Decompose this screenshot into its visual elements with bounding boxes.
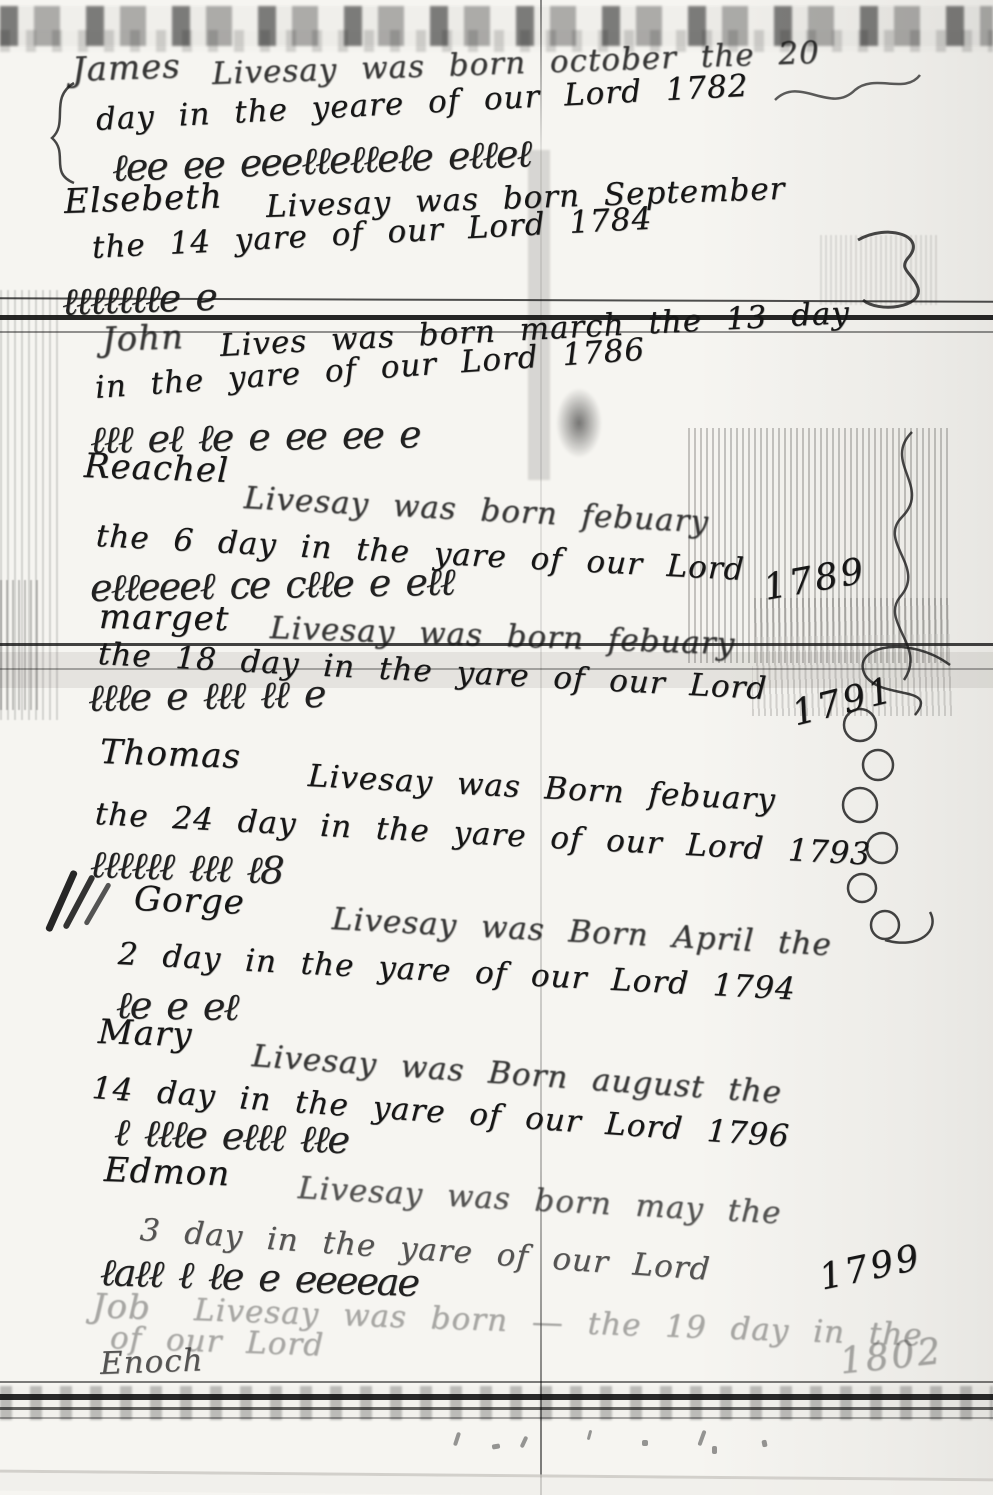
photocopy-noise-band-bottom (0, 1386, 993, 1420)
faint-pen-fragment (492, 1443, 501, 1449)
entry-year: 1799 (816, 1237, 926, 1299)
paper-edge-shade (0, 1473, 993, 1495)
faint-pen-fragment (520, 1436, 529, 1449)
entry-name: Elsebeth (63, 176, 223, 222)
faint-pen-fragment (697, 1430, 706, 1446)
entry-name: John (101, 317, 184, 360)
ink-blot (556, 388, 602, 458)
left-margin-streaks-2 (0, 580, 40, 710)
faint-pen-fragment (453, 1432, 461, 1447)
scanned-document-page: James Livesay was born october the 20 da… (0, 0, 993, 1495)
faint-pen-fragment (587, 1430, 592, 1440)
pen-flourish-loops: ℓℓℓℓℓℓℓe e (61, 275, 216, 325)
curly-brace-flourish (44, 78, 84, 188)
entry-name: Mary (97, 1012, 193, 1055)
entry-name: Edmon (103, 1150, 231, 1194)
entry-name: Gorge (133, 879, 245, 923)
pen-flourish-right (848, 228, 938, 308)
pen-stroke-mark (45, 869, 78, 932)
entry-name: Reachel (83, 446, 229, 491)
entry-name: James (71, 46, 181, 90)
faint-pen-fragment (761, 1440, 767, 1448)
entry-text-line: Enoch (99, 1342, 204, 1382)
entry-name: marget (99, 597, 230, 639)
faint-pen-fragment (642, 1440, 648, 1446)
entry-name: Thomas (99, 732, 241, 777)
pen-flourish-loops: ℓℓℓe e ℓℓℓ ℓℓ e (88, 672, 325, 721)
faint-pen-fragment (712, 1446, 717, 1454)
